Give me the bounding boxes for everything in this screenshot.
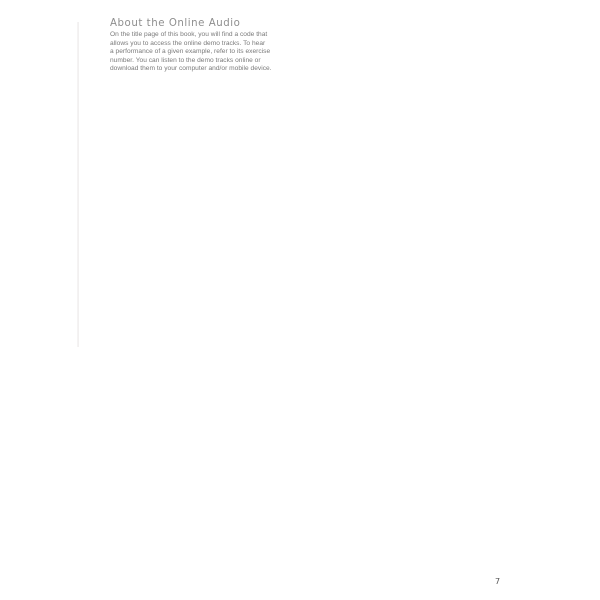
section-body: On the title page of this book, you will… (110, 31, 310, 74)
binding-shadow (77, 22, 79, 347)
page-number: 7 (495, 577, 500, 586)
body-line: number. You can listen to the demo track… (110, 57, 310, 66)
online-audio-section: About the Online Audio On the title page… (110, 17, 310, 74)
book-page: About the Online Audio On the title page… (0, 0, 600, 600)
section-heading: About the Online Audio (110, 17, 310, 30)
body-line: On the title page of this book, you will… (110, 31, 310, 40)
body-line: a performance of a given example, refer … (110, 48, 310, 57)
body-line: allows you to access the online demo tra… (110, 40, 310, 49)
body-line: download them to your computer and/or mo… (110, 65, 310, 74)
